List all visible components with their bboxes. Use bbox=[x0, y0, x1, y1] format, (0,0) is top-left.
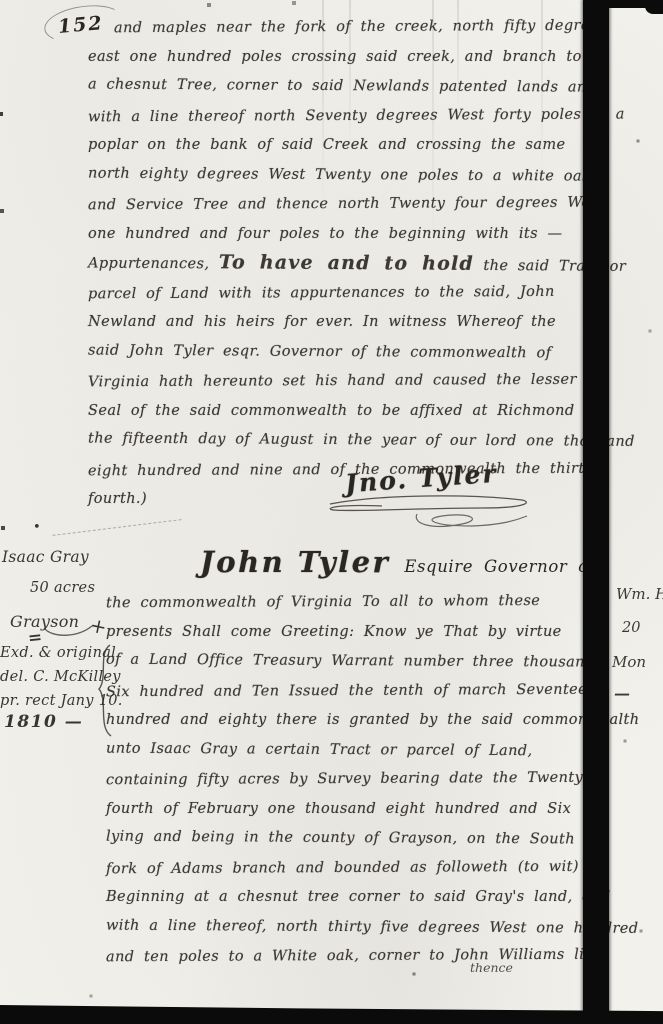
deed-line: poplar on the bank of said Creek and cro… bbox=[88, 131, 578, 161]
deed-line: containing fifty acres by Survey bearing… bbox=[106, 764, 576, 796]
deed-line: Seal of the said commonwealth to be affi… bbox=[88, 397, 578, 427]
ink-specks bbox=[0, 0, 2, 2]
deed-line: and Service Tree and thence north Twenty… bbox=[88, 189, 578, 221]
deed-line: and maples near the fork of the creek, n… bbox=[114, 12, 578, 44]
deed-gray-text: the commonwealth of Virginia To all to w… bbox=[106, 588, 576, 972]
facing-page-sliver: Wm. H 20 Mon — bbox=[609, 8, 663, 1008]
habendum-clause: To have and to hold bbox=[219, 251, 474, 275]
deed-newland-text: and maples near the fork of the creek, n… bbox=[88, 13, 578, 515]
margin-dot-mark: • bbox=[33, 520, 41, 535]
deed-line: hundred and eighty there is granted by t… bbox=[106, 706, 576, 736]
deed-line: eight hundred and nine and of the common… bbox=[88, 454, 578, 486]
deed-line: with a line thereof, north thirty five d… bbox=[106, 911, 576, 943]
facing-page-fragment: Mon bbox=[612, 653, 646, 671]
deed-line: Virginia hath hereunto set his hand and … bbox=[88, 366, 578, 398]
grantor-name: John Tyler bbox=[200, 545, 390, 579]
deed-line: fork of Adams branch and bounded as foll… bbox=[106, 852, 576, 884]
signature-flourish bbox=[322, 492, 537, 534]
scan-gutter-band bbox=[583, 0, 609, 1024]
deed-line: lying and being in the county of Grayson… bbox=[106, 823, 576, 855]
deed-line: unto Isaac Gray a certain Tract or parce… bbox=[106, 734, 576, 766]
deed-line: a chesnut Tree, corner to said Newlands … bbox=[88, 71, 578, 103]
habendum-pre: Appurtenances, bbox=[88, 256, 219, 273]
margin-dashed-line bbox=[52, 519, 181, 536]
deed-line: one hundred and four poles to the beginn… bbox=[88, 220, 578, 250]
deed-line-habendum: Appurtenances, To have and to hold the s… bbox=[88, 248, 578, 280]
deed-line: Newland and his heirs for ever. In witne… bbox=[88, 308, 578, 338]
deed-line: with a line thereof north Seventy degree… bbox=[88, 100, 578, 132]
facing-page-fragment: — bbox=[614, 684, 630, 703]
facing-page-fragment: Wm. H bbox=[616, 585, 663, 603]
facing-page-fragment: 20 bbox=[622, 620, 640, 636]
deed-line: said John Tyler esqr. Governor of the co… bbox=[88, 336, 578, 368]
grantor-title: Esquire Governor of bbox=[404, 557, 595, 576]
deed-line: the fifteenth day of August in the year … bbox=[88, 425, 578, 457]
deed-line: the commonwealth of Virginia To all to w… bbox=[106, 587, 576, 619]
deed-line: Beginning at a chesnut tree corner to sa… bbox=[106, 883, 576, 913]
deed-line: north eighty degrees West Twenty one pol… bbox=[88, 159, 578, 191]
deed-book-scan-page: 152 and maples near the fork of the cree… bbox=[0, 0, 663, 1024]
margin-note-brace bbox=[94, 643, 114, 738]
deed-line: of a Land Office Treasury Warrant number… bbox=[106, 646, 576, 678]
margin-year: 1810 — bbox=[4, 712, 83, 732]
deed-gray-heading: John TylerEsquire Governor of bbox=[200, 545, 595, 579]
margin-grantee-name: Isaac Gray bbox=[2, 548, 89, 566]
scan-corner-blob bbox=[645, 0, 663, 14]
deed-line: presents Shall come Greeting: Know ye Th… bbox=[106, 618, 576, 648]
margin-swash-flourish bbox=[42, 622, 94, 640]
deed-line: east one hundred poles crossing said cre… bbox=[88, 43, 578, 73]
deed-line: fourth of February one thousand eight hu… bbox=[106, 795, 576, 825]
deed-line: parcel of Land with its appurtenances to… bbox=[88, 277, 578, 309]
scan-bottom-edge bbox=[0, 1005, 663, 1024]
catchword: thence bbox=[470, 960, 513, 975]
margin-acreage: 50 acres bbox=[30, 580, 95, 596]
deed-line: Six hundred and Ten Issued the tenth of … bbox=[106, 675, 576, 707]
